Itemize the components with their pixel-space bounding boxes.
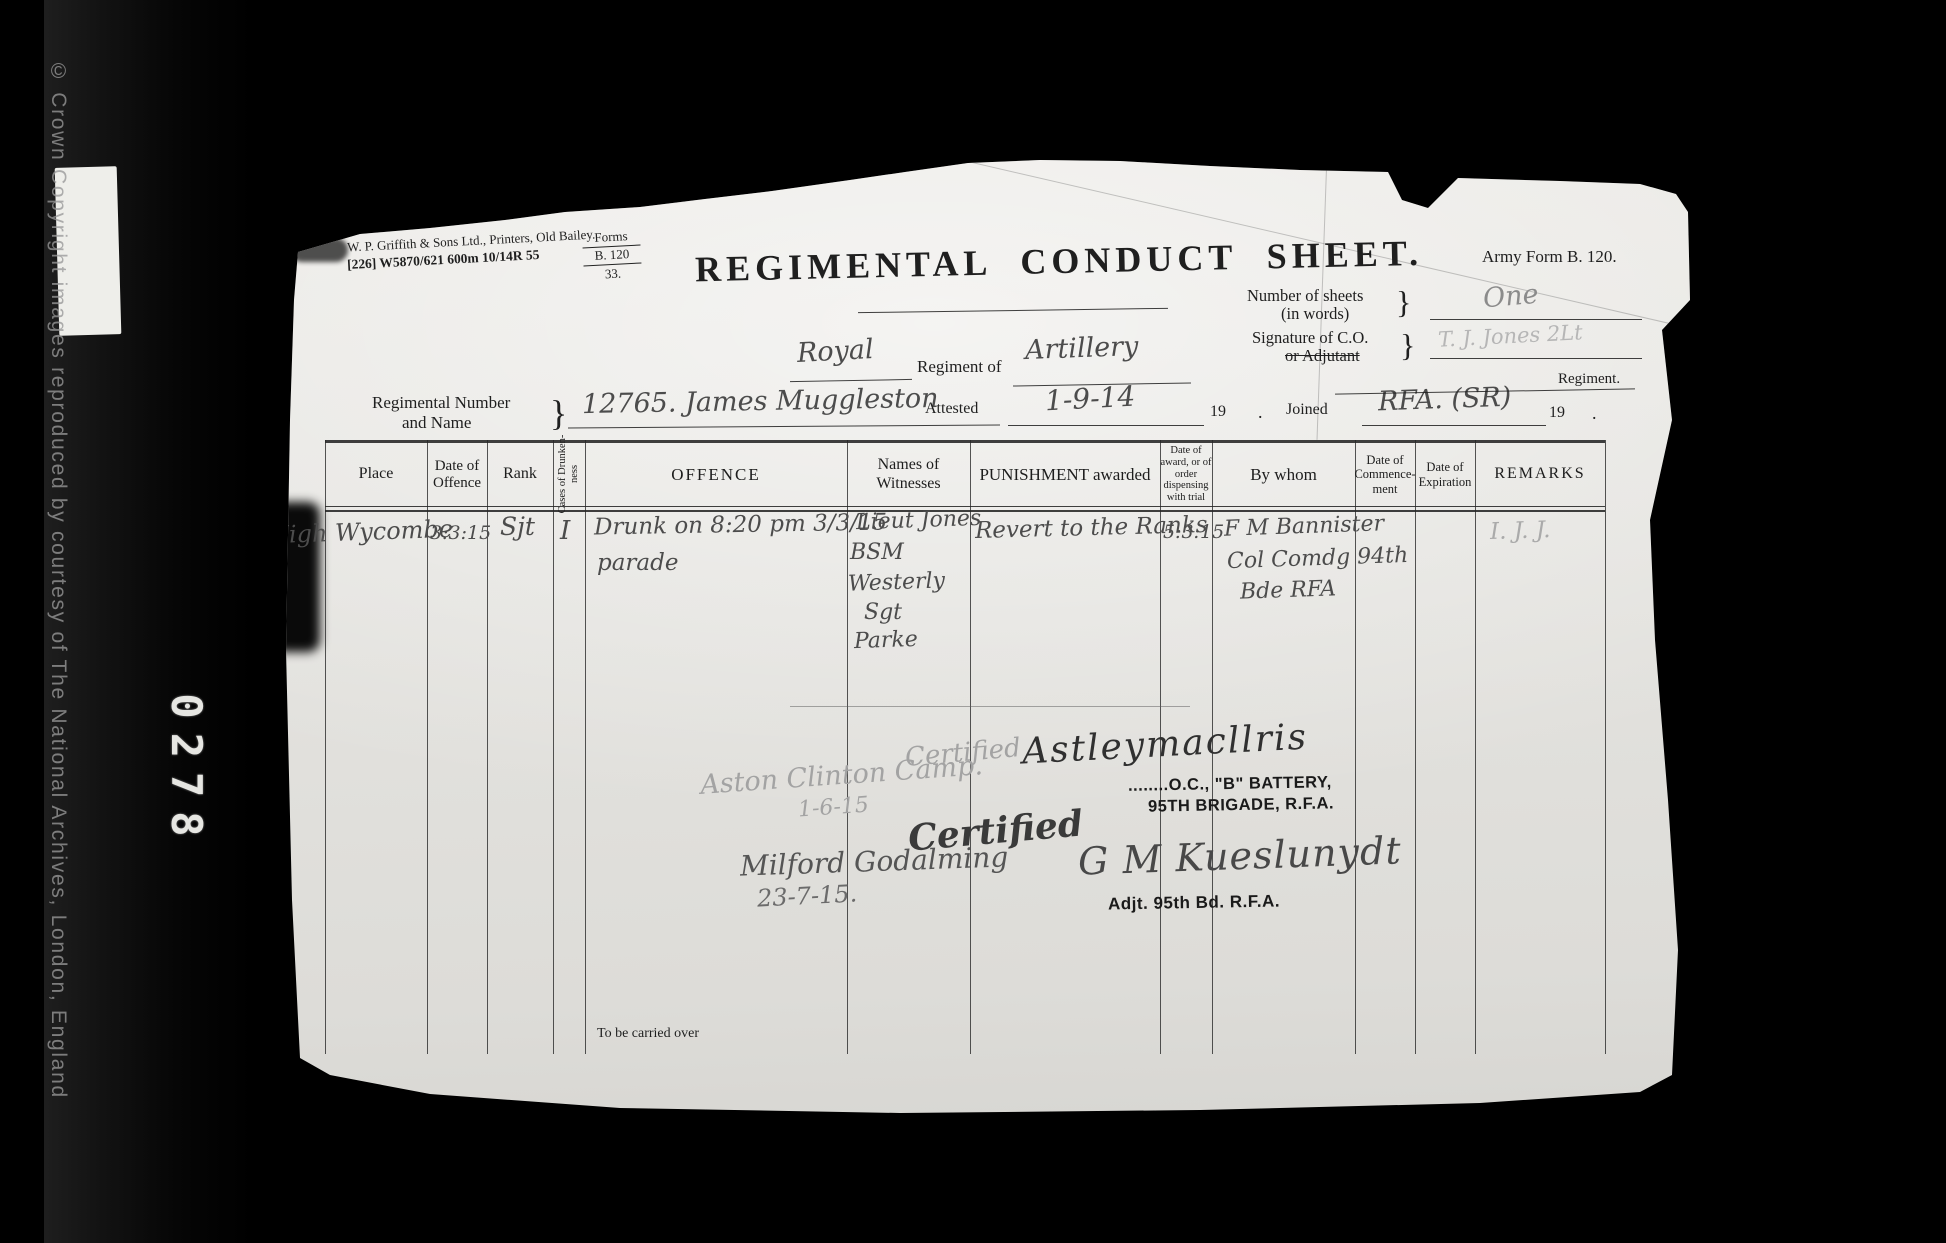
header-remarks: REMARKS bbox=[1475, 443, 1605, 506]
row-cases-of-drunkenness: I bbox=[560, 516, 570, 546]
row-witness: Westerly bbox=[848, 568, 946, 596]
document-paper: W. P. Griffith & Sons Ltd., Printers, Ol… bbox=[0, 0, 1946, 1243]
co-signature-label: Signature of C.O. bbox=[1252, 328, 1368, 348]
adjutant-stamp: Adjt. 95th Bd. R.F.A. bbox=[1108, 892, 1280, 915]
header-offence: OFFENCE bbox=[585, 443, 847, 506]
scanned-conduct-sheet: © Crown Copyright images reproduced by c… bbox=[0, 0, 1946, 1243]
table-vline bbox=[1475, 440, 1476, 1054]
scan-smudge bbox=[290, 238, 348, 262]
regiment-corner-label: Regiment. bbox=[1558, 371, 1620, 388]
camp-date-note: 1-6-15 bbox=[797, 793, 869, 823]
table-vline bbox=[1415, 440, 1416, 1054]
row-offence-line2: parade bbox=[597, 550, 678, 576]
attested-label: Attested bbox=[925, 400, 978, 418]
army-form-reference: Army Form B. 120. bbox=[1482, 247, 1617, 267]
forms-reference-box: Forms B. 120 33. bbox=[582, 228, 643, 284]
forms-number: 33. bbox=[584, 263, 643, 283]
copyright-watermark: © Crown Copyright images reproduced by c… bbox=[46, 60, 70, 1230]
oc-battery-stamp-line1: ........O.C., "B" BATTERY, bbox=[1128, 773, 1332, 796]
header-place: Place bbox=[325, 443, 427, 506]
sheets-label: Number of sheets bbox=[1247, 286, 1363, 306]
place-date-note: 23-7-15. bbox=[756, 879, 858, 912]
row-date-of-offence: 3:3:15 bbox=[430, 522, 491, 544]
sheets-brace: } bbox=[1396, 284, 1411, 321]
joined-fill-line bbox=[1362, 425, 1546, 426]
co-signature-fill-line bbox=[1430, 358, 1642, 359]
header-date-of-expiration: Date of Expiration bbox=[1415, 443, 1475, 506]
joined-value-handwritten: RFA. (SR) bbox=[1377, 382, 1511, 418]
table-vline bbox=[1605, 440, 1606, 1054]
regiment-prefix-handwritten: Royal bbox=[796, 334, 874, 369]
row-remarks: I. J. J. bbox=[1490, 517, 1551, 545]
attested-year: 19 bbox=[1210, 403, 1226, 421]
header-rank: Rank bbox=[487, 443, 553, 506]
header-by-whom: By whom bbox=[1212, 443, 1355, 506]
attested-value-handwritten: 1-9-14 bbox=[1044, 380, 1136, 418]
reg-number-label: Regimental Number bbox=[372, 393, 510, 413]
co-signature-brace: } bbox=[1400, 327, 1415, 364]
header-punishment-awarded: PUNISHMENT awarded bbox=[970, 443, 1160, 506]
header-cases-of-drunkenness: Cases of Drunken-ness bbox=[556, 426, 582, 522]
reg-number-label2: and Name bbox=[402, 413, 471, 433]
row-by-whom-line: Bde RFA bbox=[1240, 576, 1337, 604]
attested-dot: . bbox=[1258, 402, 1263, 423]
table-vline bbox=[553, 440, 554, 1054]
row-witness: Lieut Jones bbox=[856, 506, 982, 535]
row-witness: Parke bbox=[854, 627, 919, 654]
scan-tear-mark bbox=[560, 168, 740, 195]
joined-label: Joined bbox=[1286, 401, 1328, 419]
row-offence-line1: Drunk on 8:20 pm 3/3/15 bbox=[594, 509, 888, 540]
regiment-value-handwritten: Artillery bbox=[1024, 331, 1138, 366]
sheets-label2: (in words) bbox=[1281, 304, 1349, 324]
header-date-of-award: Date of award, or of order dispensing wi… bbox=[1160, 443, 1212, 506]
oc-battery-stamp-line2: 95TH BRIGADE, R.F.A. bbox=[1148, 794, 1334, 816]
pencil-divider-line bbox=[790, 706, 1190, 707]
joined-year: 19 bbox=[1549, 404, 1565, 422]
regiment-of-label: Regiment of bbox=[917, 357, 1002, 377]
film-frame-number: 0278 bbox=[156, 672, 216, 872]
header-date-of-commencement: Date of Commence-ment bbox=[1355, 443, 1415, 506]
co-signature-label2: or Adjutant bbox=[1285, 346, 1360, 366]
joined-dot: . bbox=[1592, 403, 1597, 424]
header-date-of-offence: Date of Offence bbox=[427, 443, 487, 506]
sheets-value-handwritten: One bbox=[1482, 279, 1540, 315]
carried-over-note: To be carried over bbox=[597, 1026, 699, 1042]
row-rank: Sjt bbox=[500, 512, 535, 541]
reg-number-value-handwritten: 12765. James Muggleston bbox=[582, 383, 939, 420]
table-vline bbox=[585, 440, 586, 1054]
row-witness: Sgt bbox=[864, 600, 902, 625]
sheets-fill-line bbox=[1430, 319, 1642, 320]
row-witness: BSM bbox=[850, 540, 904, 565]
attested-fill-line bbox=[1008, 425, 1204, 426]
header-names-of-witnesses: Names of Witnesses bbox=[847, 443, 970, 506]
row-date-of-award: 5:3:15 bbox=[1163, 521, 1224, 543]
